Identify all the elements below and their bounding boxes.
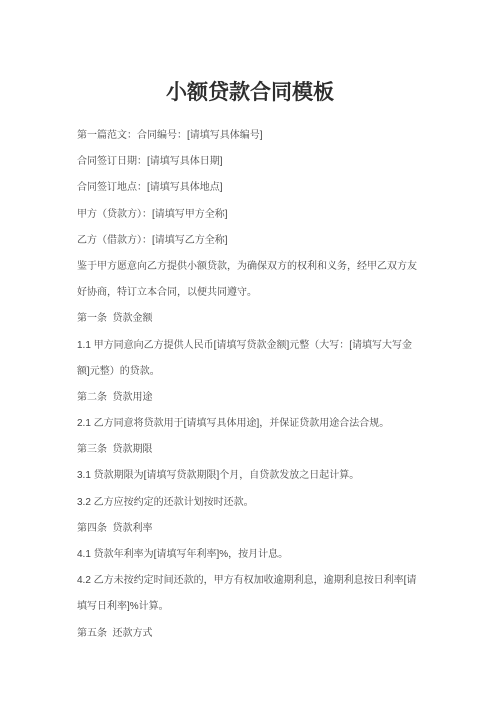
document-line: 第二条 贷款用途 [77,385,477,411]
document-page: 小额贷款合同模板 第一篇范文：合同编号：[请填写具体编号]合同签订日期：[请填写… [0,0,500,707]
document-line: 4.2 乙方未按约定时间还款的，甲方有权加收逾期利息，逾期利息按日利率[请 [77,568,477,594]
document-line: 3.2 乙方应按约定的还款计划按时还款。 [77,490,477,516]
document-line: 第五条 还款方式 [77,621,477,647]
document-line: 第三条 贷款期限 [77,437,477,463]
document-line: 合同签订地点：[请填写具体地点] [77,175,477,201]
document-line: 2.1 乙方同意将贷款用于[请填写具体用途]，并保证贷款用途合法合规。 [77,411,477,437]
document-title: 小额贷款合同模板 [0,79,500,106]
document-line: 填写日利率]%计算。 [77,594,477,620]
document-line: 4.1 贷款年利率为[请填写年利率]%，按月计息。 [77,542,477,568]
document-body: 第一篇范文：合同编号：[请填写具体编号]合同签订日期：[请填写具体日期]合同签订… [77,123,477,647]
document-line: 额]元整）的贷款。 [77,359,477,385]
document-line: 第四条 贷款利率 [77,516,477,542]
document-line: 1.1 甲方同意向乙方提供人民币[请填写贷款金额]元整（大写：[请填写大写金 [77,333,477,359]
document-line: 3.1 贷款期限为[请填写贷款期限]个月，自贷款发放之日起计算。 [77,463,477,489]
document-line: 第一篇范文：合同编号：[请填写具体编号] [77,123,477,149]
document-line: 甲方（贷款方）：[请填写甲方全称] [77,202,477,228]
document-line: 鉴于甲方愿意向乙方提供小额贷款，为确保双方的权利和义务，经甲乙双方友 [77,254,477,280]
document-line: 合同签订日期：[请填写具体日期] [77,149,477,175]
document-line: 好协商，特订立本合同，以便共同遵守。 [77,280,477,306]
document-line: 第一条 贷款金额 [77,306,477,332]
document-line: 乙方（借款方）：[请填写乙方全称] [77,228,477,254]
